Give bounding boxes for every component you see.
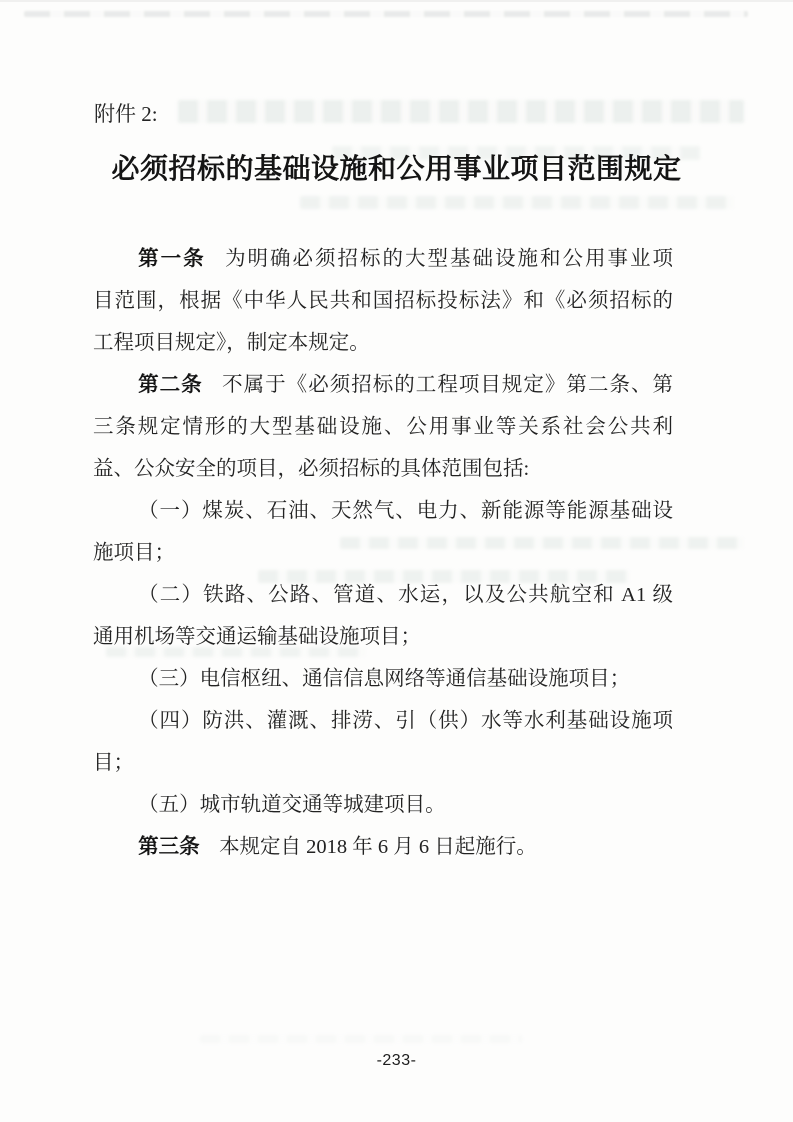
article-number: 第一条 (138, 248, 206, 270)
text-line: （三）电信枢纽、通信信息网络等通信基础设施项目； (93, 658, 673, 700)
text-line: （五）城市轨道交通等城建项目。 (93, 784, 673, 826)
text-line: 通用机场等交通运输基础设施项目； (93, 616, 673, 658)
bleedthrough-artifact (24, 11, 748, 17)
document-title: 必须招标的基础设施和公用事业项目范围规定 (0, 147, 793, 193)
document-body: 第一条为明确必须招标的大型基础设施和公用事业项目范围，根据《中华人民共和国招标投… (93, 238, 673, 868)
text-line: 目范围，根据《中华人民共和国招标投标法》和《必须招标的 (93, 280, 673, 322)
text-line: 第二条不属于《必须招标的工程项目规定》第二条、第 (93, 364, 673, 406)
text-line: （二）铁路、公路、管道、水运，以及公共航空和 A1 级 (93, 574, 673, 616)
text-line: 第一条为明确必须招标的大型基础设施和公用事业项 (93, 238, 673, 280)
text-line: （四）防洪、灌溉、排涝、引（供）水等水利基础设施项 (93, 700, 673, 742)
bleedthrough-artifact (178, 100, 744, 123)
line-text: 本规定自 2018 年 6 月 6 日起施行。 (219, 836, 537, 858)
line-text: 不属于《必须招标的工程项目规定》第二条、第 (222, 374, 673, 396)
line-text: 工程项目规定》，制定本规定。 (93, 332, 370, 354)
text-line: （一）煤炭、石油、天然气、电力、新能源等能源基础设 (93, 490, 673, 532)
line-text: 施项目； (93, 542, 175, 564)
line-text: 为明确必须招标的大型基础设施和公用事业项 (225, 248, 673, 270)
scan-edge-shadow (0, 0, 793, 2)
line-text: （三）电信枢纽、通信信息网络等通信基础设施项目； (138, 668, 630, 690)
text-line: 施项目； (93, 532, 673, 574)
line-text: 目； (93, 752, 134, 774)
line-text: 三条规定情形的大型基础设施、公用事业等关系社会公共利 (93, 416, 673, 438)
article-number: 第二条 (138, 374, 203, 396)
text-line: 三条规定情形的大型基础设施、公用事业等关系社会公共利 (93, 406, 673, 448)
line-text: 通用机场等交通运输基础设施项目； (93, 626, 421, 648)
line-text: 目范围，根据《中华人民共和国招标投标法》和《必须招标的 (93, 290, 673, 312)
page-number: -233- (0, 1052, 793, 1070)
text-line: 益、公众安全的项目，必须招标的具体范围包括: (93, 448, 673, 490)
line-text: 益、公众安全的项目，必须招标的具体范围包括: (93, 458, 529, 480)
bleedthrough-artifact (200, 1035, 522, 1043)
line-text: （二）铁路、公路、管道、水运，以及公共航空和 A1 级 (138, 584, 673, 606)
attachment-label: 附件 2: (94, 100, 158, 128)
line-text: （一）煤炭、石油、天然气、电力、新能源等能源基础设 (138, 500, 673, 522)
line-text: （五）城市轨道交通等城建项目。 (138, 794, 446, 816)
text-line: 第三条本规定自 2018 年 6 月 6 日起施行。 (93, 826, 673, 868)
bleedthrough-artifact (300, 196, 734, 209)
scanned-document-page: 附件 2: 必须招标的基础设施和公用事业项目范围规定 第一条为明确必须招标的大型… (0, 0, 793, 1122)
text-line: 工程项目规定》，制定本规定。 (93, 322, 673, 364)
line-text: （四）防洪、灌溉、排涝、引（供）水等水利基础设施项 (138, 710, 673, 732)
text-line: 目； (93, 742, 673, 784)
article-number: 第三条 (138, 836, 200, 858)
